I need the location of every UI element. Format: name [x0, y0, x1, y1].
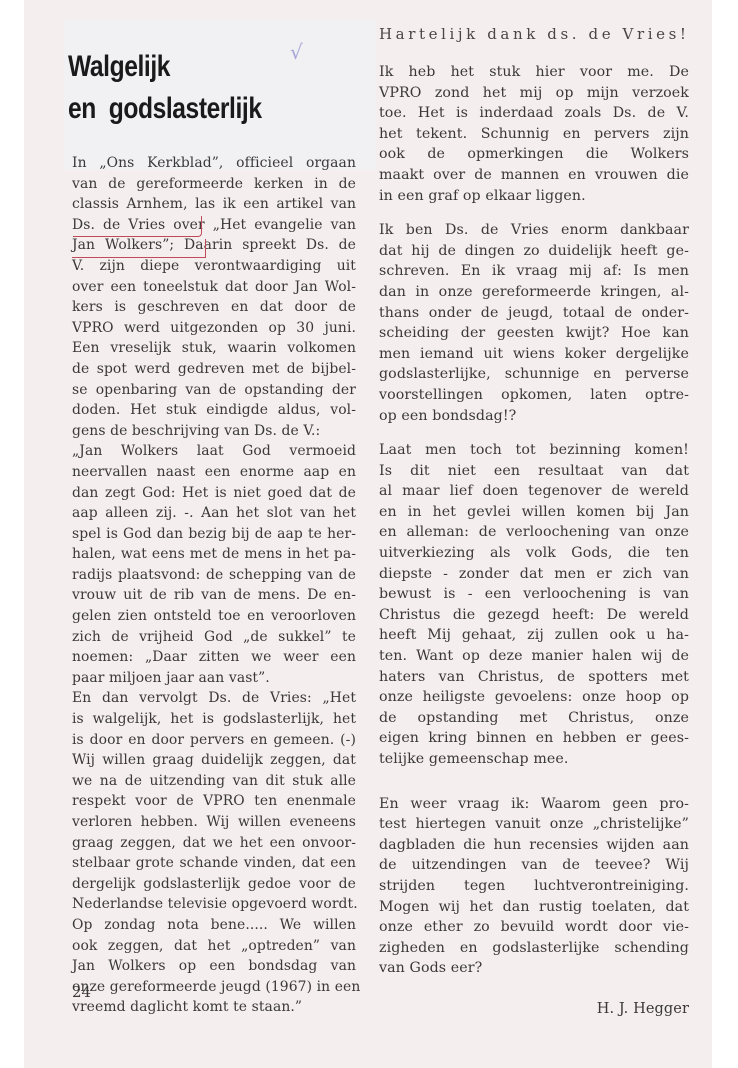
text-line: telijke gemeenschap mee. — [379, 749, 689, 770]
text-line: onze ether zo bevuild wordt door vie- — [379, 917, 689, 938]
text-line: thans onder de jeugd, totaal de onder- — [379, 303, 689, 324]
text-line: godslasterlijke, schunnige en perverse — [379, 364, 689, 385]
text-line: scheiding der geesten kwijt? Hoe kan — [379, 323, 689, 344]
right-article-heading: Hartelijk dank ds. de Vries! — [379, 24, 689, 44]
text-line: en alleman: de verloochening van onze — [379, 522, 689, 543]
text-line: VPRO werd uitgezonden op 30 juni. — [72, 318, 356, 339]
text-line: Nederlandse televisie opgevoerd wordt. — [72, 894, 356, 915]
text-line: uitverkiezing als volk Gods, die ten — [379, 543, 689, 564]
text-line: is walgelijk, het is godslasterlijk, het — [72, 709, 356, 730]
text-line: ten. Want op deze manier halen wij de — [379, 646, 689, 667]
text-line: radijs plaatsvond: de schepping van de — [72, 565, 356, 586]
text-line: dergelijk godslasterlijk gedoe voor de — [72, 874, 356, 895]
right-article-body: Ik heb het stuk hier voor me. DeVPRO zon… — [379, 62, 689, 979]
text-line: noemen: „Daar zitten we weer een — [72, 647, 356, 668]
text-line: onze heiligste gevoelens: onze hoop op — [379, 687, 689, 708]
pencil-checkmark-icon: √ — [290, 42, 303, 62]
text-line: test hiertegen vanuit onze „christelijke… — [379, 814, 689, 835]
text-line: ook de opmerkingen die Wolkers — [379, 144, 689, 165]
text-line: Is dit niet een resultaat van dat — [379, 461, 689, 482]
text-line: in een graf op elkaar liggen. — [379, 186, 689, 207]
text-line: Op zondag nota bene..... We willen — [72, 915, 356, 936]
text-line: ook zeggen, dat het „optreden” van — [72, 936, 356, 957]
text-line: gelen zien ontsteld toe en veroorloven — [72, 606, 356, 627]
right-article-paragraph: Ik ben Ds. de Vries enorm dankbaardat hi… — [379, 220, 689, 426]
left-article-body: In „Ons Kerkblad”, officieel orgaanvan d… — [72, 153, 356, 1018]
text-line: zich de vrijheid God „de sukkel” te — [72, 627, 356, 648]
text-line: het tekent. Schunnig en pervers zijn — [379, 124, 689, 145]
text-line: Christus die gezegd heeft: De wereld — [379, 605, 689, 626]
text-line: Ik ben Ds. de Vries enorm dankbaar — [379, 220, 689, 241]
text-line: Ik heb het stuk hier voor me. De — [379, 62, 689, 83]
text-line: schreven. En ik vraag mij af: Is men — [379, 261, 689, 282]
left-article-title: Walgelijk en godslasterlijk — [68, 48, 298, 128]
text-line: Jan Wolkers op een bondsdag van — [72, 956, 356, 977]
text-line: V. zijn diepe verontwaardiging uit — [72, 256, 356, 277]
text-line: onze gereformeerde jeugd (1967) in een — [72, 977, 356, 998]
text-line: eigen kring binnen en hebben er gees- — [379, 728, 689, 749]
text-line: dat hij de dingen zo duidelijk heeft ge- — [379, 241, 689, 262]
text-line: Een vreselijk stuk, waarin volkomen — [72, 338, 356, 359]
text-line: dan zegt God: Het is niet goed dat de — [72, 483, 356, 504]
text-line: al maar lief doen tegenover de wereld — [379, 481, 689, 502]
text-line: we na de uitzending van dit stuk alle — [72, 771, 356, 792]
author-signature: H. J. Hegger — [379, 999, 689, 1020]
text-line: op een bondsdag!? — [379, 406, 689, 427]
text-line: kers is geschreven en dat door de — [72, 297, 356, 318]
title-line-2: en godslasterlijk — [68, 90, 298, 128]
text-line: van de gereformeerde kerken in de — [72, 174, 356, 195]
text-line: verloren hebben. Wij willen eveneens — [72, 812, 356, 833]
text-line: is door en door pervers en gemeen. (-) — [72, 730, 356, 751]
text-line: vreemd daglicht komt te staan.” — [72, 997, 356, 1018]
text-line: VPRO zond het mij op mijn verzoek — [379, 83, 689, 104]
text-line: haters van Christus, de spotters met — [379, 667, 689, 688]
text-line: En dan vervolgt Ds. de Vries: „Het — [72, 688, 356, 709]
text-line: over een toneelstuk dat door Jan Wol- — [72, 277, 356, 298]
text-line: diepste - zonder dat men er zich van — [379, 564, 689, 585]
text-line: heeft Mij gehaat, zij zullen ook u ha- — [379, 625, 689, 646]
left-article-paragraph: In „Ons Kerkblad”, officieel orgaanvan d… — [72, 153, 356, 1018]
text-line: van Gods eer? — [379, 958, 689, 979]
text-line: „Jan Wolkers laat God vermoeid — [72, 441, 356, 462]
text-line: vrouw uit de rib van de mens. De en- — [72, 585, 356, 606]
text-line: en in het gevlei willen komen bij Jan — [379, 502, 689, 523]
text-line: voorstellingen opkomen, laten optre- — [379, 385, 689, 406]
right-article: Hartelijk dank ds. de Vries! Ik heb het … — [379, 24, 689, 1034]
text-line: Jan Wolkers”; Daarin spreekt Ds. de — [72, 235, 356, 256]
text-line: halen, wat eens met de mens in het pa- — [72, 544, 356, 565]
text-line: de opstanding met Christus, onze — [379, 708, 689, 729]
text-line: In „Ons Kerkblad”, officieel orgaan — [72, 153, 356, 174]
text-line: Mogen wij het dan rustig toelaten, dat — [379, 897, 689, 918]
text-line: se openbaring van de opstanding der — [72, 380, 356, 401]
text-line: classis Arnhem, las ik een artikel van — [72, 194, 356, 215]
text-line: paar miljoen jaar aan vast”. — [72, 668, 356, 689]
text-line: En weer vraag ik: Waarom geen pro- — [379, 794, 689, 815]
title-line-1: Walgelijk — [68, 48, 298, 86]
right-article-paragraph: Ik heb het stuk hier voor me. DeVPRO zon… — [379, 62, 689, 206]
text-line: gens de beschrijving van Ds. de V.: — [72, 421, 356, 442]
text-line: stelbaar grote schande vinden, dat een — [72, 853, 356, 874]
text-line: Ds. de Vries over „Het evangelie van — [72, 215, 356, 236]
text-line: men iemand uit wiens koker dergelijke — [379, 344, 689, 365]
text-line: respekt voor de VPRO ten enenmale — [72, 791, 356, 812]
text-line: neervallen naast een enorme aap en — [72, 462, 356, 483]
text-line: spel is God dan bezig bij de aap te her- — [72, 524, 356, 545]
text-line: zigheden en godslasterlijke schending — [379, 938, 689, 959]
text-line: graag zeggen, dat we het een onvoor- — [72, 833, 356, 854]
right-article-paragraph: Laat men toch tot bezinning komen!Is dit… — [379, 440, 689, 770]
text-line: maakt over de mannen en vrouwen die — [379, 165, 689, 186]
right-article-paragraph: En weer vraag ik: Waarom geen pro-test h… — [379, 794, 689, 979]
text-line: doden. Het stuk eindigde aldus, vol- — [72, 400, 356, 421]
text-line: Laat men toch tot bezinning komen! — [379, 440, 689, 461]
text-line: Wij willen graag duidelijk zeggen, dat — [72, 750, 356, 771]
text-line: toe. Het is inderdaad zoals Ds. de V. — [379, 103, 689, 124]
page-number: 24 — [72, 983, 91, 1001]
text-line: dan in onze gereformeerde kringen, al- — [379, 282, 689, 303]
text-line: de uitzendingen van de teevee? Wij — [379, 855, 689, 876]
text-line: strijden tegen luchtverontreiniging. — [379, 876, 689, 897]
text-line: de spot werd gedreven met de bijbel- — [72, 359, 356, 380]
text-line: dagbladen die hun recensies wijden aan — [379, 835, 689, 856]
text-line: aap alleen zij. -. Aan het slot van het — [72, 503, 356, 524]
text-line: bewust is - een verloochening is van — [379, 584, 689, 605]
